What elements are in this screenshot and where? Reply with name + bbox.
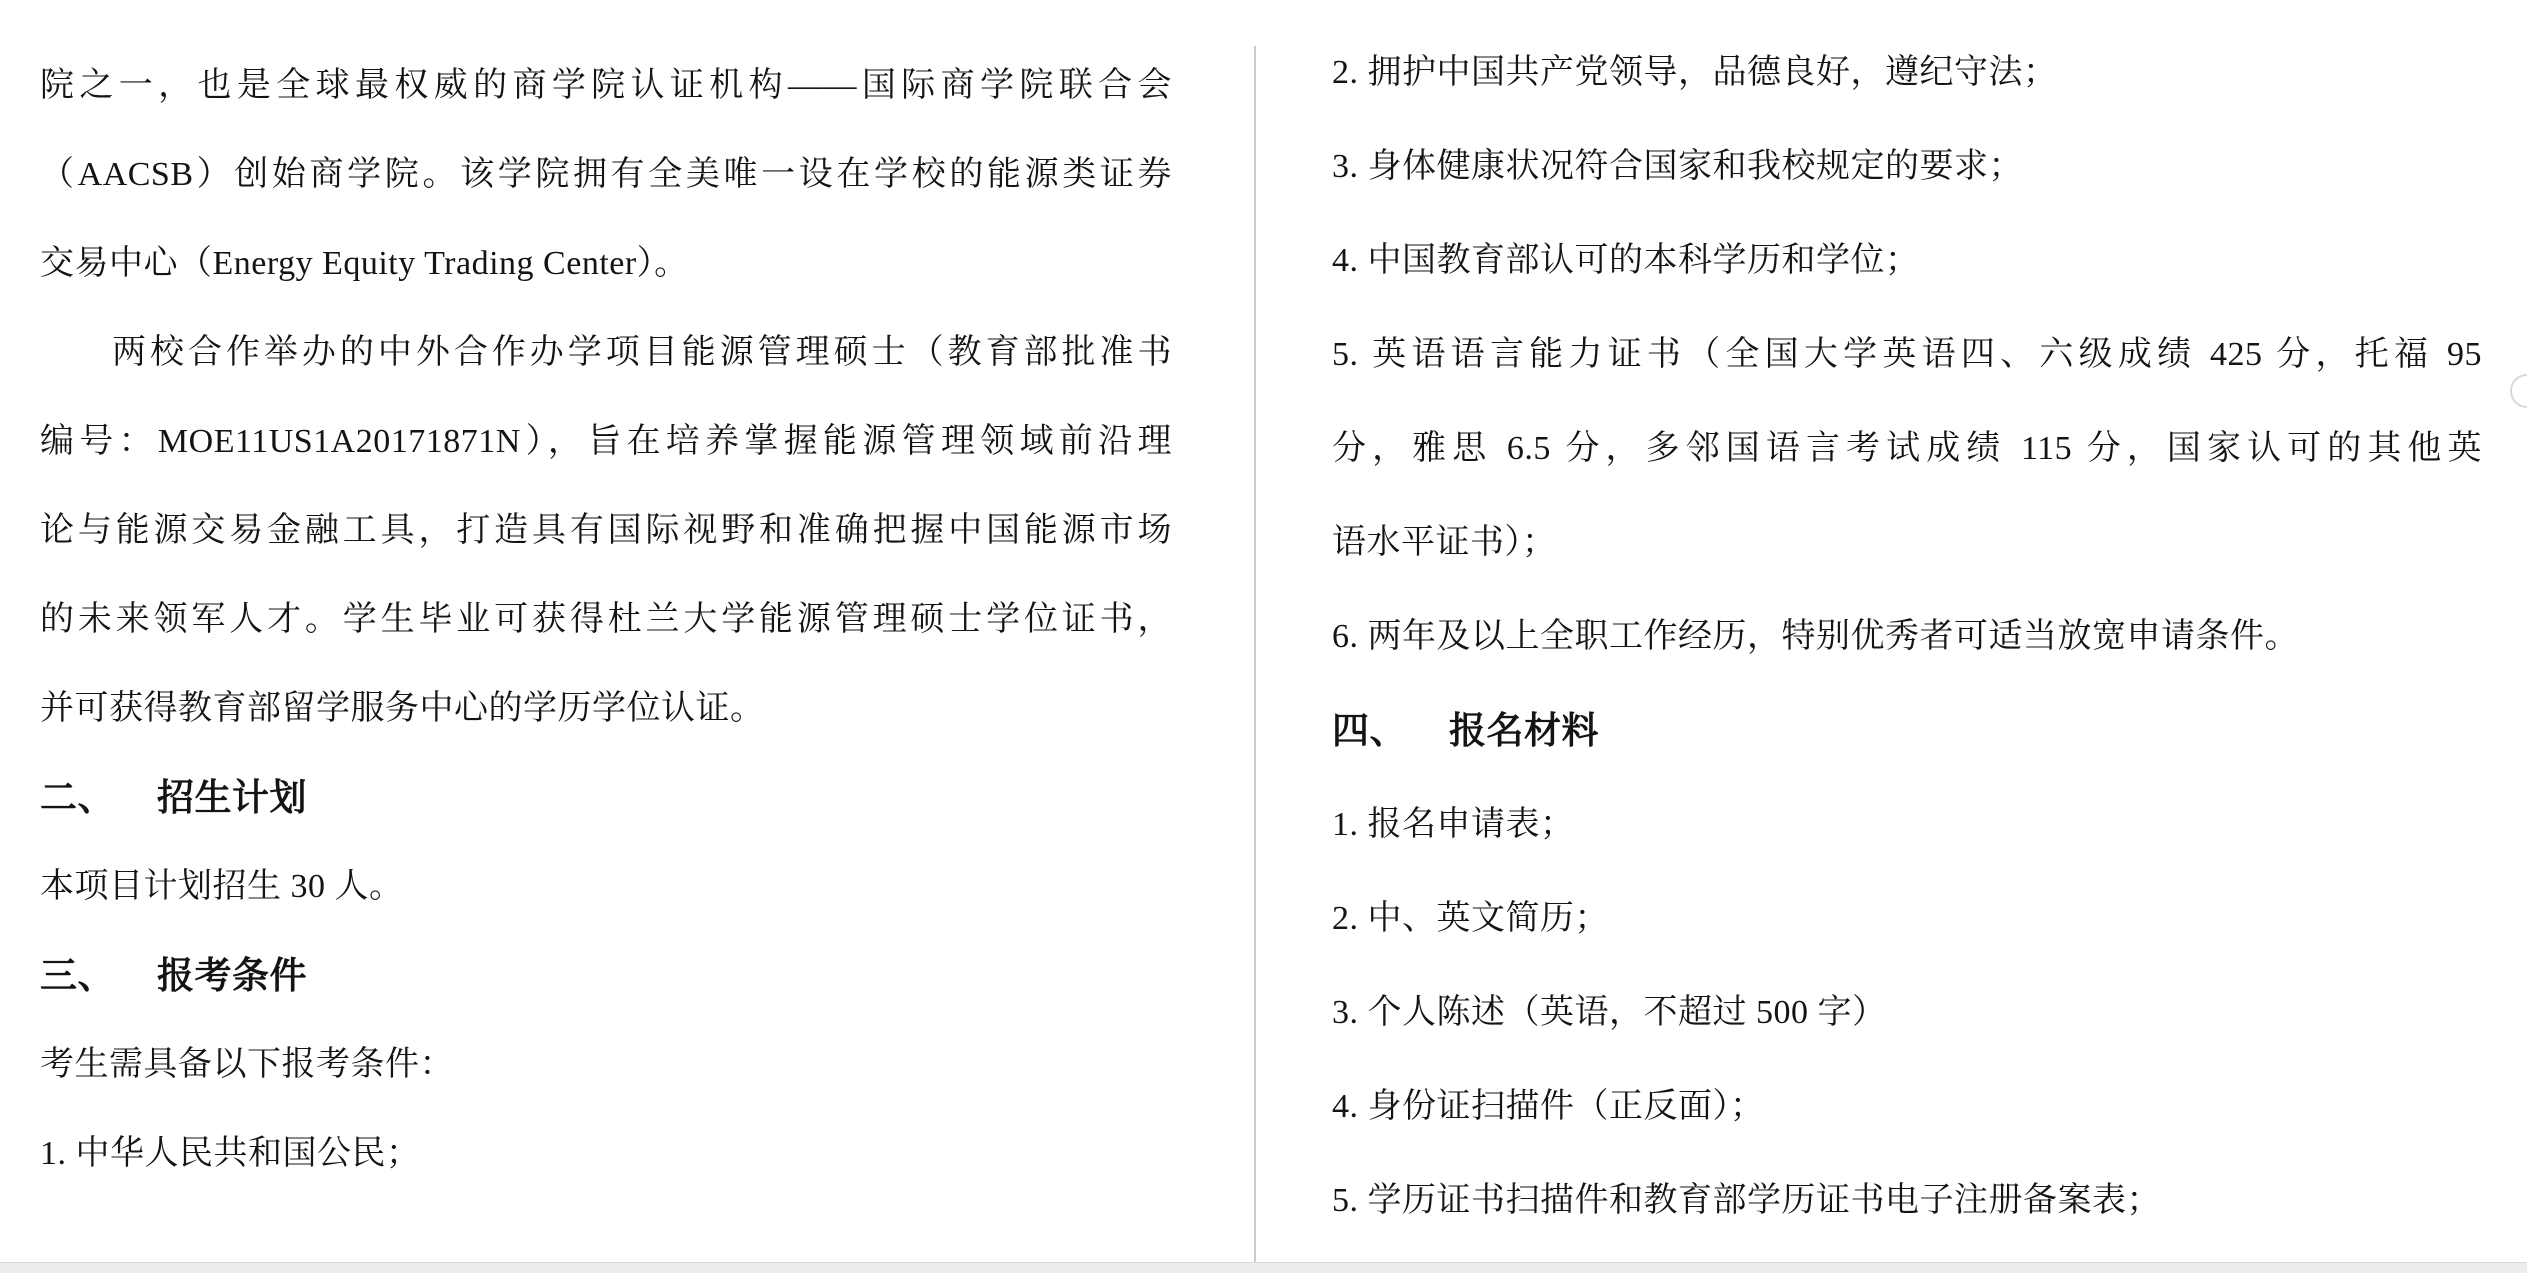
bottom-window-edge [0,1262,2527,1273]
list-item: 4. 身份证扫描件（正反面）； [1332,1060,2482,1154]
paragraph-line: 两校合作举办的中外合作办学项目能源管理硕士（教育部批准书 [40,308,1172,397]
list-item: 5. 学历证书扫描件和教育部学历证书电子注册备案表； [1332,1154,2482,1248]
paragraph-line: 并可获得教育部留学服务中心的学历学位认证。 [40,664,1172,753]
paragraph-line: 编号：MOE11US1A20171871N），旨在培养掌握能源管理领域前沿理 [40,397,1172,486]
section-heading-materials: 四、报名材料 [1332,684,2482,778]
paragraph-line: 院之一，也是全球最权威的商学院认证机构——国际商学院联合会 [40,41,1172,130]
section-title: 报考条件 [157,955,307,996]
text-column-right: 2. 拥护中国共产党领导，品德良好，遵纪守法； 3. 身体健康状况符合国家和我校… [1332,26,2482,1248]
list-item: 3. 身体健康状况符合国家和我校规定的要求； [1332,120,2482,214]
section-number: 二、 [40,753,115,842]
list-item: 3. 个人陈述（英语，不超过 500 字） [1332,966,2482,1060]
section-title: 报名材料 [1449,710,1599,751]
list-item: 1. 中华人民共和国公民； [40,1109,1172,1198]
paragraph-line: 本项目计划招生 30 人。 [40,842,1172,931]
document-page: 院之一，也是全球最权威的商学院认证机构——国际商学院联合会 （AACSB）创始商… [0,0,2527,1273]
section-heading-requirements: 三、报考条件 [40,931,1172,1020]
list-item-continuation: 语水平证书）； [1332,496,2482,590]
text-column-left: 院之一，也是全球最权威的商学院认证机构——国际商学院联合会 （AACSB）创始商… [40,41,1172,1198]
section-number: 四、 [1332,684,1407,778]
list-item: 5. 英语语言能力证书（全国大学英语四、六级成绩 425 分，托福 95 [1332,308,2482,402]
list-item: 2. 拥护中国共产党领导，品德良好，遵纪守法； [1332,26,2482,120]
paragraph-line: （AACSB）创始商学院。该学院拥有全美唯一设在学校的能源类证券 [40,130,1172,219]
list-item-continuation: 分，雅思 6.5 分，多邻国语言考试成绩 115 分，国家认可的其他英 [1332,402,2482,496]
paragraph-line: 的未来领军人才。学生毕业可获得杜兰大学能源管理硕士学位证书， [40,575,1172,664]
section-title: 招生计划 [157,777,307,818]
paragraph-line: 交易中心（Energy Equity Trading Center）。 [40,219,1172,308]
paragraph-line: 论与能源交易金融工具，打造具有国际视野和准确把握中国能源市场 [40,486,1172,575]
section-heading-enrollment: 二、招生计划 [40,753,1172,842]
paragraph-line: 考生需具备以下报考条件： [40,1020,1172,1109]
edge-floating-button[interactable] [2510,374,2527,408]
section-number: 三、 [40,931,115,1020]
list-item: 6. 两年及以上全职工作经历，特别优秀者可适当放宽申请条件。 [1332,590,2482,684]
column-divider [1254,46,1256,1262]
list-item: 2. 中、英文简历； [1332,872,2482,966]
list-item: 4. 中国教育部认可的本科学历和学位； [1332,214,2482,308]
list-item: 1. 报名申请表； [1332,778,2482,872]
